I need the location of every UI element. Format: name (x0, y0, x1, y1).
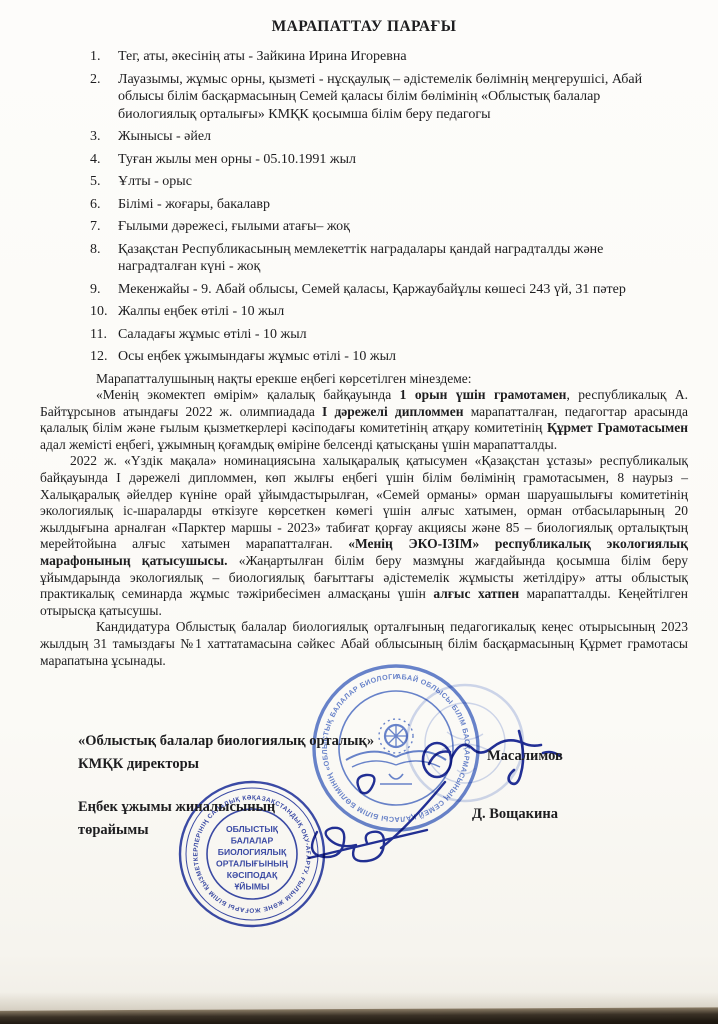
list-item: 6.Білімі - жоғары, бакалавр (40, 196, 688, 214)
list-item: 7.Ғылыми дәрежесі, ғылыми атағы– жоқ (40, 218, 688, 236)
list-text: Білімі - жоғары, бакалавр (118, 196, 688, 214)
list-text: Мекенжайы - 9. Абай облысы, Семей қаласы… (118, 281, 688, 299)
list-number: 11. (90, 326, 118, 344)
paragraph: 2022 ж. «Үздік мақала» номинациясына хал… (40, 453, 688, 619)
union-stamp-line: ҰЙЫМЫ (235, 881, 270, 892)
list-item: 8.Қазақстан Республикасының мемлекеттік … (40, 241, 688, 276)
list-item: 1.Тег, аты, әкесінің аты - Зайкина Ирина… (40, 48, 688, 66)
union-stamp-line: ОРТАЛЫҒЫНЫҢ (216, 859, 289, 869)
list-text: Осы еңбек ұжымындағы жұмыс өтілі - 10 жы… (118, 348, 688, 366)
bold-text: алғыс хатпен (433, 586, 519, 601)
list-number: 5. (90, 173, 118, 191)
list-text: Тег, аты, әкесінің аты - Зайкина Ирина И… (118, 48, 688, 66)
list-item: 5.Ұлты - орыс (40, 173, 688, 191)
list-item: 12.Осы еңбек ұжымындағы жұмыс өтілі - 10… (40, 348, 688, 366)
text: Марапатталушының нақты ерекше еңбегі көр… (96, 371, 472, 386)
list-item: 2.Лауазымы, жұмыс орны, қызметі - нұсқау… (40, 71, 688, 124)
list-item: 9.Мекенжайы - 9. Абай облысы, Семей қала… (40, 281, 688, 299)
chairwoman-title-line2: төрайымы (78, 822, 149, 839)
paragraph: Марапатталушының нақты ерекше еңбегі көр… (40, 371, 688, 388)
text: адал жемісті еңбегі, ұжымның қоғамдық өм… (40, 437, 557, 452)
list-number: 4. (90, 151, 118, 169)
list-text: Лауазымы, жұмыс орны, қызметі - нұсқаулы… (118, 71, 688, 124)
chairwoman-title-line1: Еңбек ұжымы жиналысының (78, 799, 275, 816)
chairwoman-name: Д. Вощакина (472, 806, 558, 823)
union-stamp-line: КӘСІПОДАҚ (227, 870, 278, 880)
union-stamp-line: БАЛАЛАР (231, 836, 274, 846)
list-item: 3.Жынысы - әйел (40, 128, 688, 146)
list-number: 6. (90, 196, 118, 214)
list-number: 10. (90, 303, 118, 321)
list-text: Ғылыми дәрежесі, ғылыми атағы– жоқ (118, 218, 688, 236)
list-number: 3. (90, 128, 118, 146)
list-text: Қазақстан Республикасының мемлекеттік на… (118, 241, 688, 276)
list-number: 8. (90, 241, 118, 276)
list-number: 9. (90, 281, 118, 299)
list-item: 10.Жалпы еңбек өтілі - 10 жыл (40, 303, 688, 321)
list-number: 7. (90, 218, 118, 236)
bold-text: 1 орын үшін грамотамен (400, 387, 567, 402)
document-content: МАРАПАТТАУ ПАРАҒЫ 1.Тег, аты, әкесінің а… (40, 14, 688, 669)
list-number: 12. (90, 348, 118, 366)
numbered-list: 1.Тег, аты, әкесінің аты - Зайкина Ирина… (40, 48, 688, 366)
list-item: 11.Саладағы жұмыс өтілі - 10 жыл (40, 326, 688, 344)
union-stamp-line: ОБЛЫСТЫҚ (226, 824, 279, 834)
award-sheet-page: МАРАПАТТАУ ПАРАҒЫ 1.Тег, аты, әкесінің а… (0, 0, 718, 1024)
director-title-line2: КМҚК директоры (78, 756, 199, 773)
list-text: Жынысы - әйел (118, 128, 688, 146)
scan-edge (0, 1007, 718, 1024)
text: «Менің экомектеп өмірім» қалалық байқауы… (96, 387, 400, 402)
characteristic: Марапатталушының нақты ерекше еңбегі көр… (40, 371, 688, 670)
list-number: 2. (90, 71, 118, 124)
list-item: 4.Туған жылы мен орны - 05.10.1991 жыл (40, 151, 688, 169)
list-text: Жалпы еңбек өтілі - 10 жыл (118, 303, 688, 321)
chairwoman-signature (295, 768, 460, 870)
bold-text: I дәрежелі дипломмен (322, 404, 464, 419)
page-title: МАРАПАТТАУ ПАРАҒЫ (40, 18, 688, 36)
list-text: Ұлты - орыс (118, 173, 688, 191)
director-title-line1: «Облыстық балалар биологиялық орталық» (78, 733, 374, 750)
list-text: Туған жылы мен орны - 05.10.1991 жыл (118, 151, 688, 169)
director-name: Масалимов (487, 748, 563, 765)
text: Кандидатура Облыстық балалар биологиялық… (40, 619, 688, 667)
bold-text: Құрмет Грамотасымен (547, 420, 688, 435)
union-stamp-line: БИОЛОГИЯЛЫҚ (218, 847, 287, 857)
paragraph: «Менің экомектеп өмірім» қалалық байқауы… (40, 387, 688, 453)
list-text: Саладағы жұмыс өтілі - 10 жыл (118, 326, 688, 344)
list-number: 1. (90, 48, 118, 66)
